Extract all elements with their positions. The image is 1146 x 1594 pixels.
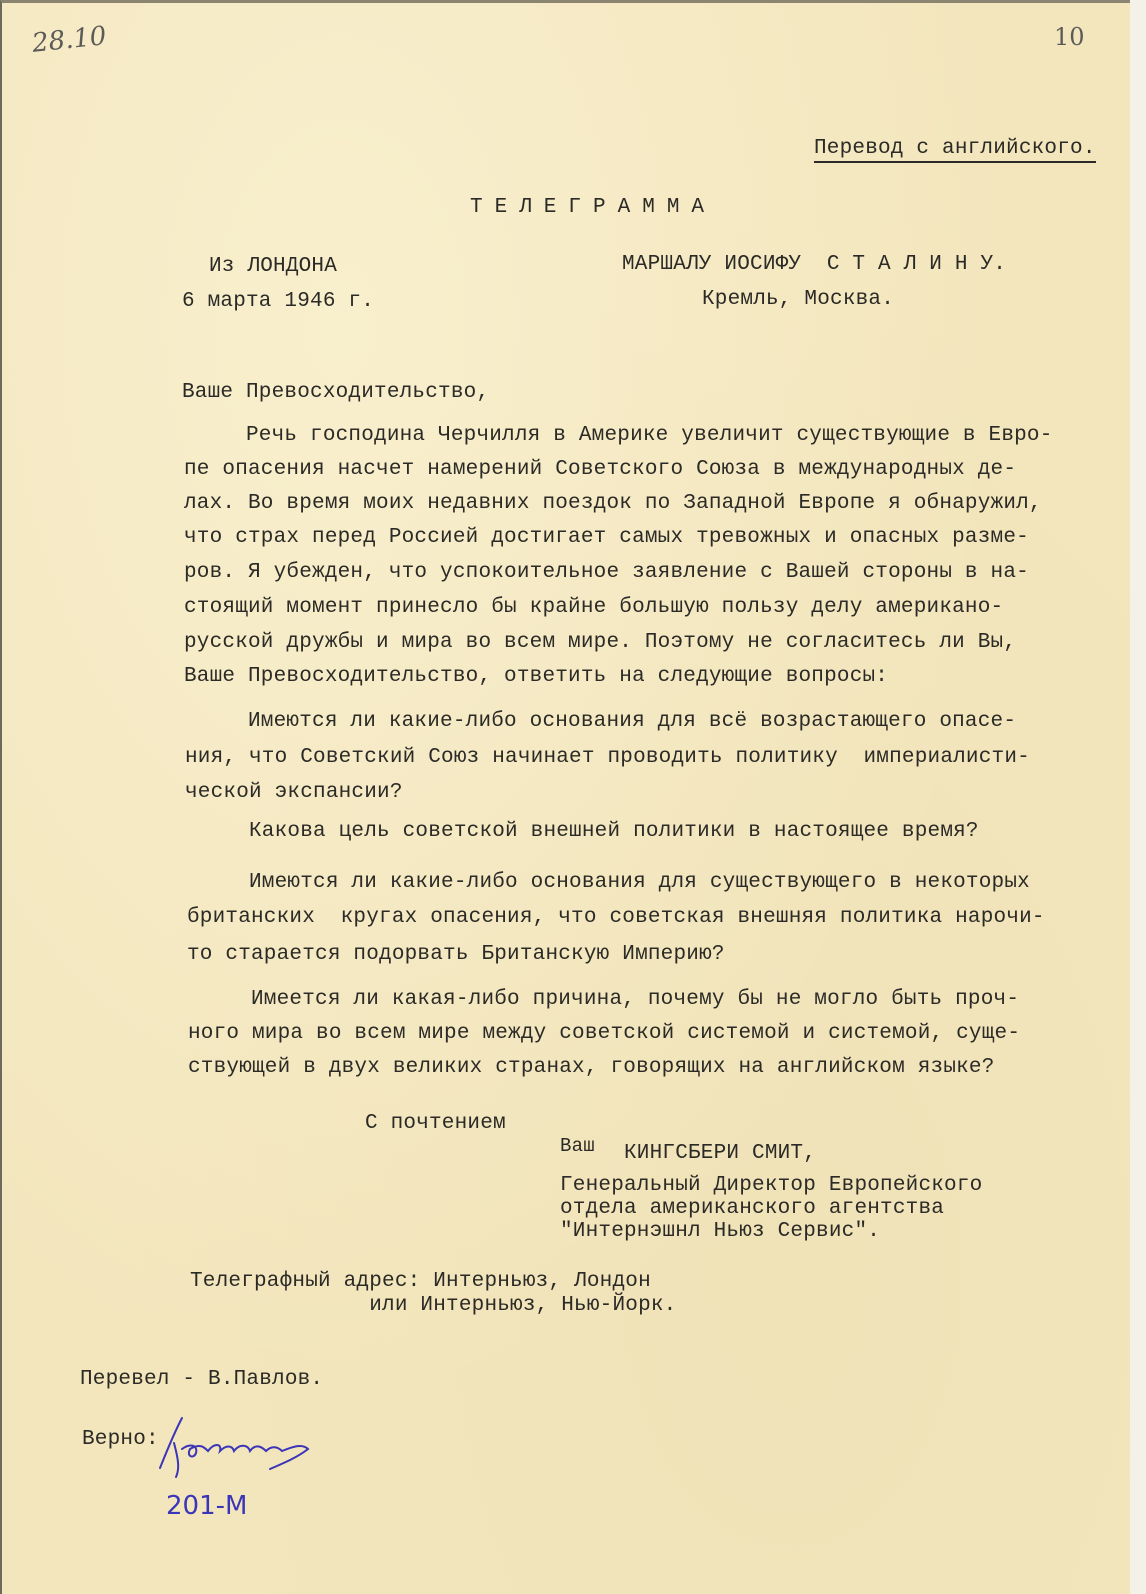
question-line: ного мира во всем мире между советской с… (188, 1021, 1020, 1047)
body-line: ров. Я убежден, что успокоительное заявл… (184, 560, 1029, 586)
question-line: ния, что Советский Союз начинает проводи… (185, 745, 1030, 771)
body-line: Речь господина Черчилля в Америке увелич… (182, 423, 1053, 449)
body-line: Ваше Превосходительство, ответить на сле… (184, 664, 888, 690)
body-line: русской дружбы и мира во всем мире. Поэт… (184, 630, 1016, 656)
addressee-location: Кремль, Москва. (702, 287, 894, 313)
signature-scribble-icon (152, 1413, 322, 1483)
telegraph-address-line: или Интерньюз, Нью-Йорк. (190, 1293, 676, 1319)
signature: Афанасьев (152, 1413, 322, 1483)
body-line: что страх перед Россией достигает самых … (184, 525, 1029, 551)
sender-title-line: "Интернэшнл Ньюз Сервис". (560, 1219, 880, 1245)
body-line: лах. Во время моих недавних поездок по З… (184, 491, 1042, 517)
telegraph-address-line: Телеграфный адрес: Интерньюз, Лондон (190, 1269, 651, 1295)
body-line: пе опасения насчет намерений Советского … (184, 457, 1016, 483)
question-line: Какова цель советской внешней политики в… (185, 819, 979, 845)
question-line: ствующей в двух великих странах, говорящ… (188, 1055, 995, 1081)
translation-note-text: Перевод с английского. (814, 137, 1096, 163)
translation-note: Перевод с английского. (814, 136, 1096, 162)
translator-line: Перевел - В.Павлов. (80, 1367, 323, 1393)
page-number: 10 (1054, 23, 1085, 51)
certified-label: Верно: (82, 1427, 159, 1453)
origin-city: Из ЛОНДОНА (209, 254, 337, 280)
sender-name: КИНГСБЕРИ СМИТ, (624, 1141, 816, 1167)
document-title: ТЕЛЕГРАММА (470, 195, 716, 221)
salutation: Ваше Превосходительство, (182, 380, 489, 406)
ink-registration-code: 201-М (166, 1491, 247, 1521)
addressee: МАРШАЛУ ИОСИФУ С Т А Л И Н У. (622, 252, 1006, 278)
question-line: Имеются ли какие-либо основания для суще… (185, 870, 1030, 896)
telegram-date: 6 марта 1946 г. (182, 289, 374, 315)
question-line: Имеются ли какие-либо основания для всё … (184, 709, 1016, 735)
question-line: то старается подорвать Британскую Импери… (187, 942, 725, 968)
question-line: британских кругах опасения, что советска… (187, 905, 1045, 931)
pencil-archive-note: 28.10 (31, 21, 108, 59)
body-line: стоящий момент принесло бы крайне большу… (184, 595, 1003, 621)
question-line: ческой экспансии? (185, 780, 403, 806)
document-page: 28.10 10 Перевод с английского. ТЕЛЕГРАМ… (0, 0, 1130, 1594)
question-line: Имеется ли какая-либо причина, почему бы… (187, 987, 1019, 1013)
closing-regards: С почтением (365, 1111, 506, 1137)
closing-yours: Ваш (560, 1133, 595, 1159)
